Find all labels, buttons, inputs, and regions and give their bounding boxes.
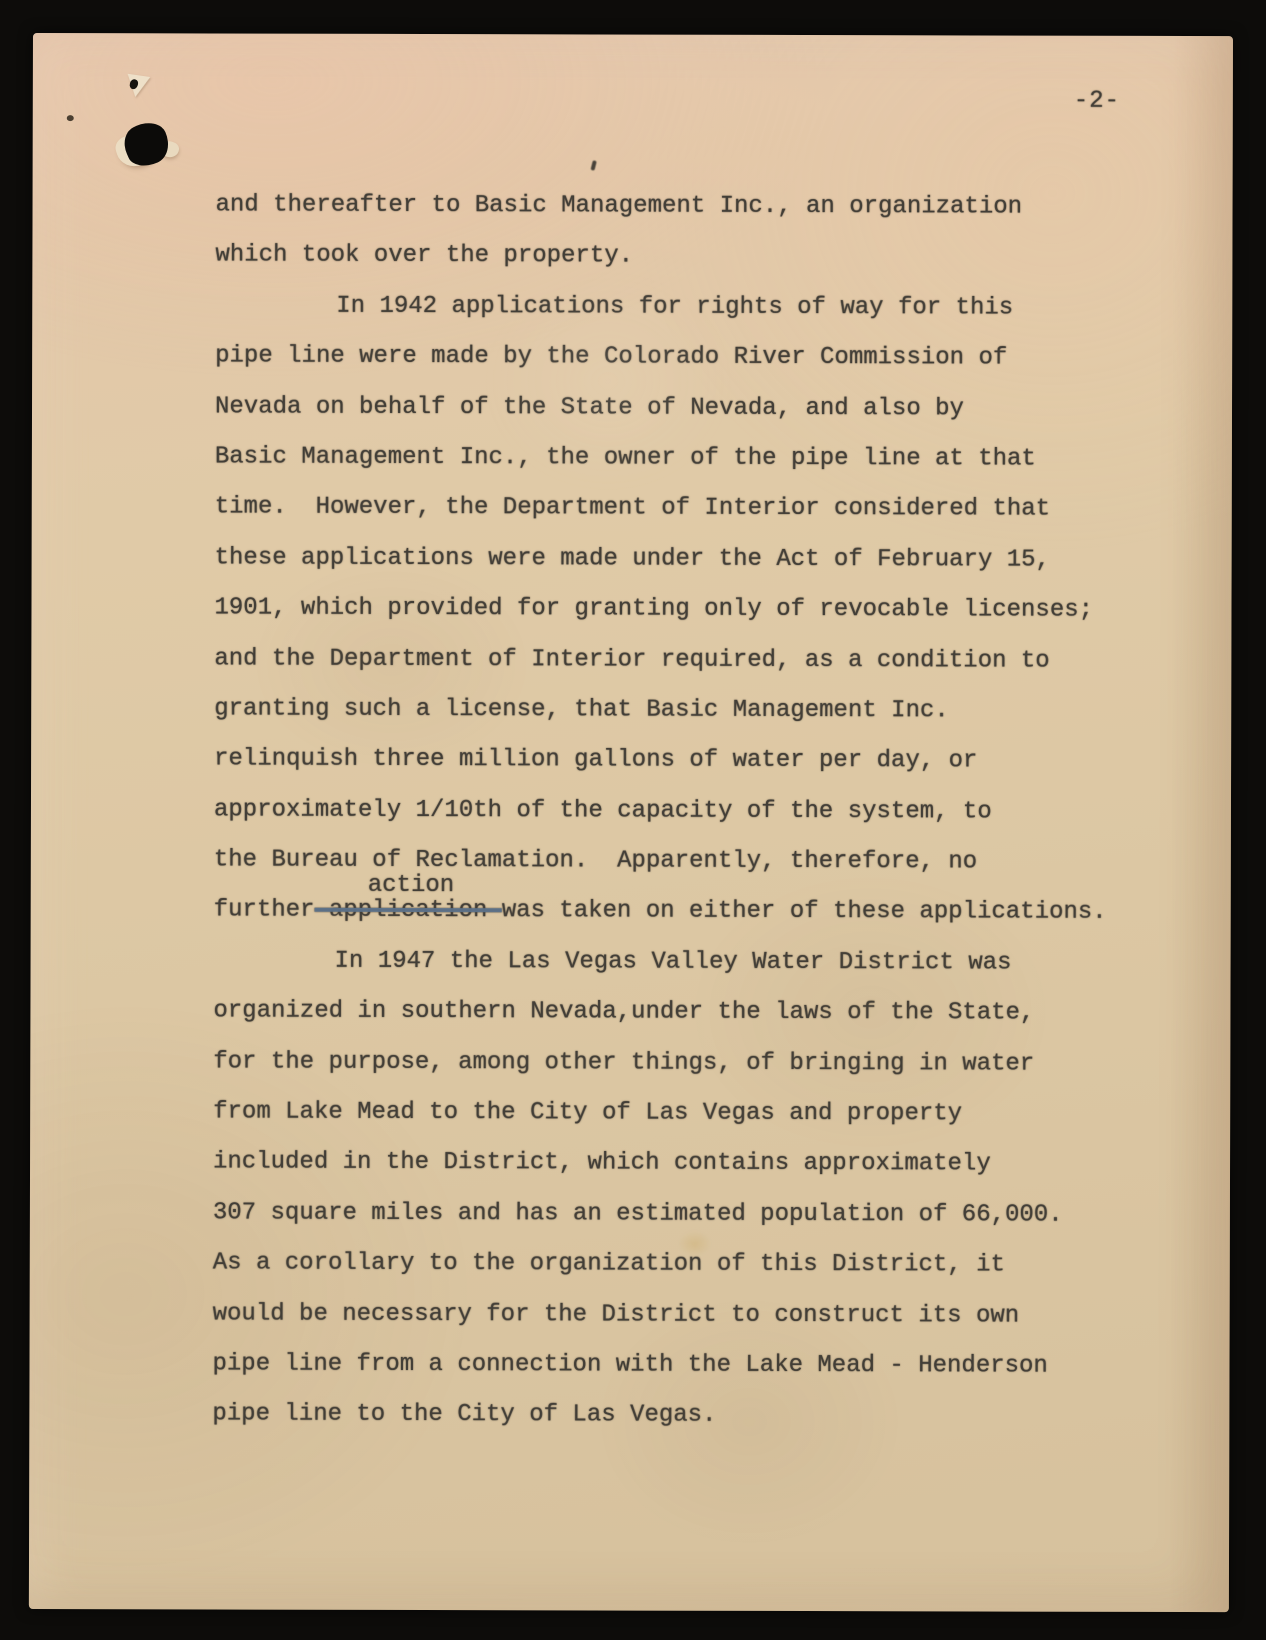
stray-ink-mark: [590, 160, 596, 171]
typewritten-line: 1901, which provided for granting only o…: [214, 584, 1194, 637]
typewritten-line: approximately 1/10th of the capacity of …: [214, 785, 1194, 838]
typewritten-line: and the Department of Interior required,…: [214, 634, 1194, 687]
typewritten-line: time. However, the Department of Interio…: [215, 483, 1195, 536]
page-number: -2-: [1074, 77, 1120, 127]
scan-background: -2- and thereafter to Basic Management I…: [0, 0, 1266, 1640]
typewritten-line: In 1947 the Las Vegas Valley Water Distr…: [214, 936, 1194, 989]
typewritten-line: Basic Management Inc., the owner of the …: [215, 432, 1195, 485]
typewritten-line-corrected: actionfurther application was taken on e…: [214, 886, 1194, 939]
document-page: -2- and thereafter to Basic Management I…: [29, 33, 1233, 1612]
typewritten-line: the Bureau of Reclamation. Apparently, t…: [214, 836, 1194, 889]
typewritten-line: and thereafter to Basic Management Inc.,…: [215, 180, 1195, 233]
line-text: was taken on either of these application…: [502, 898, 1107, 927]
typewritten-line: relinquish three million gallons of wate…: [214, 735, 1194, 788]
typewritten-line: organized in southern Nevada,under the l…: [213, 987, 1193, 1040]
typewritten-line: pipe line were made by the Colorado Rive…: [215, 332, 1195, 385]
typewritten-line: included in the District, which contains…: [213, 1138, 1193, 1191]
text-block: and thereafter to Basic Management Inc.,…: [212, 180, 1195, 1442]
typewritten-line: 307 square miles and has an estimated po…: [213, 1188, 1193, 1241]
typewritten-line: from Lake Mead to the City of Las Vegas …: [213, 1088, 1193, 1141]
typewritten-line: these applications were made under the A…: [215, 533, 1195, 586]
typewritten-line: for the purpose, among other things, of …: [213, 1037, 1193, 1090]
typewritten-line: Nevada on behalf of the State of Nevada,…: [215, 382, 1195, 435]
typewritten-line: which took over the property.: [215, 231, 1195, 284]
struck-out-word: application: [314, 897, 501, 924]
line-text: further: [214, 897, 315, 924]
paper-speck: [67, 115, 74, 121]
typewritten-line: pipe line to the City of Las Vegas.: [212, 1390, 1192, 1443]
typewritten-line: In 1942 applications for rights of way f…: [215, 281, 1195, 334]
typewritten-line: As a corollary to the organization of th…: [213, 1239, 1193, 1292]
typewritten-line: would be necessary for the District to c…: [213, 1289, 1193, 1342]
typewritten-line: pipe line from a connection with the Lak…: [212, 1339, 1192, 1392]
typewritten-line: granting such a license, that Basic Mana…: [214, 684, 1194, 737]
